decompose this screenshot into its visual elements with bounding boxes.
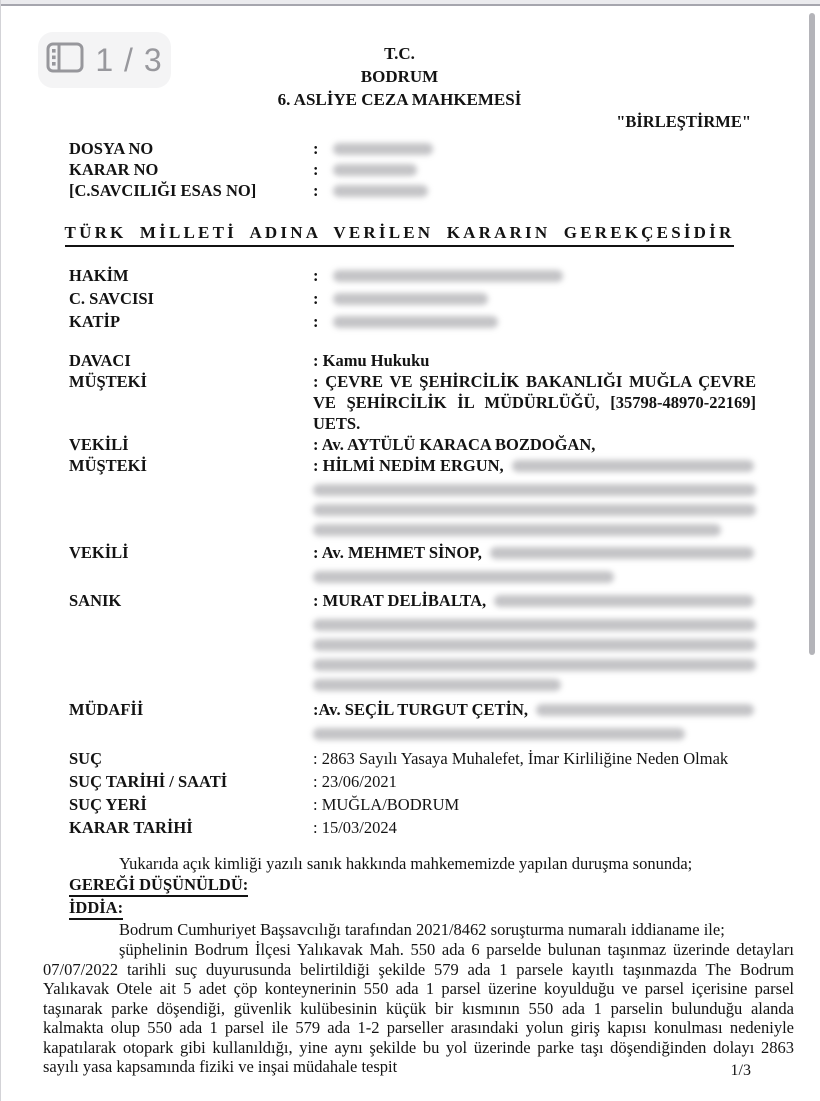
body-heading: GEREĞİ DÜŞÜNÜLDÜ: <box>43 874 794 897</box>
redacted-text <box>313 504 756 516</box>
body-intro: Yukarıda açık kimliği yazılı sanık hakkı… <box>43 853 794 874</box>
field-label: C. SAVCISI <box>43 287 313 310</box>
redacted-text <box>313 679 561 691</box>
colon: : <box>313 266 319 285</box>
pdf-viewer: T.C. BODRUM 6. ASLİYE CEZA MAHKEMESİ "Bİ… <box>0 0 820 1101</box>
field-row: VEKİLİ : Av. AYTÜLÜ KARACA BOZDOĞAN, <box>43 434 756 455</box>
field-label: SANIK <box>43 590 313 611</box>
field-row: [C.SAVCILIĞI ESAS NO] : <box>43 180 756 201</box>
thumbnail-sidebar-icon <box>46 42 84 78</box>
charge-fields: SUÇ : 2863 Sayılı Yasaya Muhalefet, İmar… <box>43 747 756 839</box>
field-label: KATİP <box>43 310 313 333</box>
colon: : <box>313 139 319 158</box>
redacted-text <box>313 484 756 496</box>
field-label: SUÇ YERİ <box>43 793 313 816</box>
field-label: SUÇ TARİHİ / SAATİ <box>43 770 313 793</box>
field-value: : MURAT DELİBALTA, <box>313 590 486 611</box>
field-row: MÜŞTEKİ : ÇEVRE VE ŞEHİRCİLİK BAKANLIĞI … <box>43 371 756 434</box>
field-label: DOSYA NO <box>43 138 313 159</box>
field-value: : Av. AYTÜLÜ KARACA BOZDOĞAN, <box>313 434 756 455</box>
redacted-text <box>512 460 754 472</box>
page-number-footer: 1/3 <box>43 1062 751 1080</box>
field-label: MÜDAFİİ <box>43 699 313 720</box>
redacted-text <box>333 270 563 282</box>
decision-title: TÜRK MİLLETİ ADINA VERİLEN KARARIN GEREK… <box>43 223 756 243</box>
field-value: : ÇEVRE VE ŞEHİRCİLİK BAKANLIĞI MUĞLA ÇE… <box>313 371 756 434</box>
decision-body: Yukarıda açık kimliği yazılı sanık hakkı… <box>43 853 794 1077</box>
redacted-text <box>333 185 428 197</box>
redacted-text <box>313 571 614 583</box>
field-value: :Av. SEÇİL TURGUT ÇETİN, <box>313 699 528 720</box>
colon: : <box>313 289 319 308</box>
field-label: KARAR TARİHİ <box>43 816 313 839</box>
field-row: HAKİM : <box>43 264 756 287</box>
redacted-text <box>536 704 754 716</box>
field-row: DOSYA NO : <box>43 138 756 159</box>
document-page: T.C. BODRUM 6. ASLİYE CEZA MAHKEMESİ "Bİ… <box>1 6 820 1077</box>
redacted-text <box>313 728 685 740</box>
field-row: SANIK : MURAT DELİBALTA, <box>43 590 756 691</box>
field-label: DAVACI <box>43 350 313 371</box>
field-label: KARAR NO <box>43 159 313 180</box>
field-value: : MUĞLA/BODRUM <box>313 793 756 816</box>
page-indicator-label: 1 / 3 <box>95 44 162 76</box>
field-row: MÜŞTEKİ : HİLMİ NEDİM ERGUN, <box>43 455 756 536</box>
redacted-text <box>313 619 756 631</box>
redacted-text <box>333 143 433 155</box>
field-row: SUÇ TARİHİ / SAATİ : 23/06/2021 <box>43 770 756 793</box>
officials-fields: HAKİM : C. SAVCISI : KATİP : <box>43 264 756 333</box>
redacted-text <box>333 164 417 176</box>
colon: : <box>313 160 319 179</box>
body-heading: İDDİA: <box>43 897 794 920</box>
field-row: DAVACI : Kamu Hukuku <box>43 350 756 371</box>
field-row: MÜDAFİİ :Av. SEÇİL TURGUT ÇETİN, <box>43 699 756 740</box>
field-value: : Kamu Hukuku <box>313 350 756 371</box>
field-row: VEKİLİ : Av. MEHMET SİNOP, <box>43 542 756 583</box>
field-label: HAKİM <box>43 264 313 287</box>
field-row: C. SAVCISI : <box>43 287 756 310</box>
body-paragraph: şüphelinin Bodrum İlçesi Yalıkavak Mah. … <box>43 940 794 1077</box>
field-label: SUÇ <box>43 747 313 770</box>
field-row: KARAR TARİHİ : 15/03/2024 <box>43 816 756 839</box>
header-court: 6. ASLİYE CEZA MAHKEMESİ <box>43 88 756 111</box>
scrollbar-thumb[interactable] <box>809 13 815 655</box>
field-value: : 2863 Sayılı Yasaya Muhalefet, İmar Kir… <box>313 747 756 770</box>
field-label: MÜŞTEKİ <box>43 455 313 476</box>
redacted-text <box>313 659 756 671</box>
case-number-fields: DOSYA NO : KARAR NO : [C.SAVCILIĞI ESAS … <box>43 138 756 201</box>
field-row: KATİP : <box>43 310 756 333</box>
redacted-text <box>313 524 721 536</box>
decision-annotation: "BİRLEŞTİRME" <box>43 111 751 133</box>
redacted-text <box>490 547 754 559</box>
colon: : <box>313 312 319 331</box>
field-value: : 23/06/2021 <box>313 770 756 793</box>
field-row: SUÇ : 2863 Sayılı Yasaya Muhalefet, İmar… <box>43 747 756 770</box>
colon: : <box>313 181 319 200</box>
field-label: VEKİLİ <box>43 434 313 455</box>
redacted-text <box>333 316 498 328</box>
page-indicator-pill[interactable]: 1 / 3 <box>38 32 171 88</box>
field-label: MÜŞTEKİ <box>43 371 313 392</box>
body-paragraph: Bodrum Cumhuriyet Başsavcılığı tarafında… <box>43 919 794 940</box>
field-value: : Av. MEHMET SİNOP, <box>313 542 482 563</box>
field-value: : 15/03/2024 <box>313 816 756 839</box>
field-label: VEKİLİ <box>43 542 313 563</box>
field-row: SUÇ YERİ : MUĞLA/BODRUM <box>43 793 756 816</box>
field-label: [C.SAVCILIĞI ESAS NO] <box>43 180 313 201</box>
redacted-text <box>333 293 488 305</box>
field-value: : HİLMİ NEDİM ERGUN, <box>313 455 504 476</box>
field-row: KARAR NO : <box>43 159 756 180</box>
parties-fields: DAVACI : Kamu Hukuku MÜŞTEKİ : ÇEVRE VE … <box>43 350 756 740</box>
redacted-text <box>313 639 756 651</box>
redacted-text <box>494 595 754 607</box>
